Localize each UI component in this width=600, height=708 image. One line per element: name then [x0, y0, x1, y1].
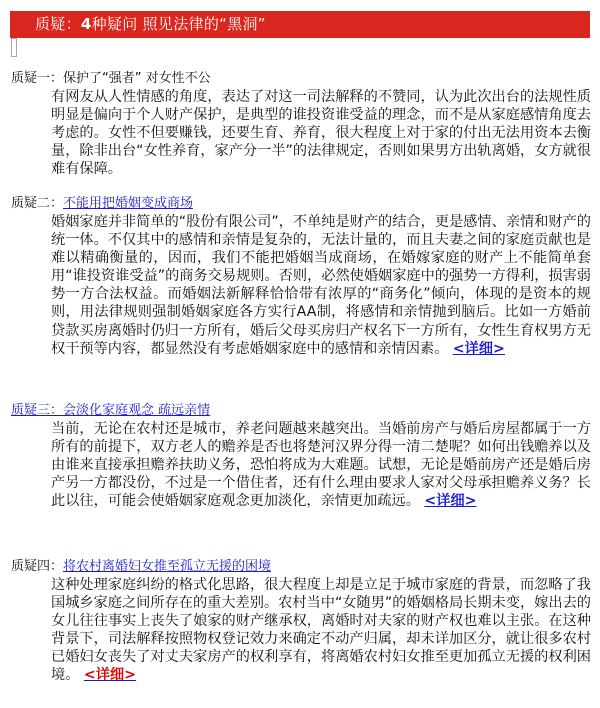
- section-body: 当前，无论在农村还是城市，养老问题越来越突出。当婚前房产与婚后房屋都属于一方所有…: [51, 420, 591, 510]
- section-title: 保护了“强者” 对女性不公: [63, 71, 211, 86]
- broken-image-icon: [11, 38, 17, 57]
- page-banner: 质疑：4种疑问 照见法律的“黑洞”: [10, 11, 590, 38]
- section-title: 会淡化家庭观念 疏远亲情: [63, 403, 210, 418]
- section-label: 质疑二：: [11, 196, 63, 211]
- details-link[interactable]: <详细>: [453, 341, 505, 357]
- banner-count: 4: [81, 15, 92, 33]
- section-heading: 质疑一：保护了“强者” 对女性不公: [11, 70, 591, 88]
- section-heading: 质疑二：不能用把婚姻变成商场: [11, 195, 591, 213]
- banner-prefix: 质疑：: [35, 15, 81, 33]
- section-label: 质疑三：: [11, 403, 63, 418]
- section-title-link[interactable]: 质疑三：会淡化家庭观念 疏远亲情: [11, 403, 210, 418]
- question-section-3: 质疑三：会淡化家庭观念 疏远亲情 当前，无论在农村还是城市，养老问题越来越突出。…: [11, 402, 591, 510]
- question-section-4: 质疑四：将农村离婚妇女推至孤立无援的困境 这种处理家庭纠纷的格式化思路，很大程度…: [11, 558, 591, 685]
- section-body: 有网友从人性情感的角度，表达了对这一司法解释的不赞同，认为此次出台的法规性质明显…: [51, 88, 591, 178]
- question-section-2: 质疑二：不能用把婚姻变成商场 婚姻家庭并非简单的“股份有限公司”，不单纯是财产的…: [11, 195, 591, 358]
- section-label: 质疑四：: [11, 559, 63, 574]
- section-body-text: 婚姻家庭并非简单的“股份有限公司”，不单纯是财产的结合，更是感情、亲情和财产的统…: [51, 214, 591, 357]
- section-label: 质疑一：: [11, 71, 63, 86]
- section-heading: 质疑四：将农村离婚妇女推至孤立无援的困境: [11, 558, 591, 576]
- section-title-link[interactable]: 不能用把婚姻变成商场: [63, 196, 193, 211]
- section-heading: 质疑三：会淡化家庭观念 疏远亲情: [11, 402, 591, 420]
- section-body-text: 当前，无论在农村还是城市，养老问题越来越突出。当婚前房产与婚后房屋都属于一方所有…: [51, 421, 591, 509]
- question-section-1: 质疑一：保护了“强者” 对女性不公 有网友从人性情感的角度，表达了对这一司法解释…: [11, 70, 591, 178]
- section-title-link[interactable]: 将农村离婚妇女推至孤立无援的困境: [63, 559, 271, 574]
- section-body: 婚姻家庭并非简单的“股份有限公司”，不单纯是财产的结合，更是感情、亲情和财产的统…: [51, 213, 591, 358]
- details-link[interactable]: <详细>: [424, 493, 476, 509]
- section-body-text: 有网友从人性情感的角度，表达了对这一司法解释的不赞同，认为此次出台的法规性质明显…: [51, 89, 591, 177]
- details-link[interactable]: <详细>: [84, 667, 136, 683]
- section-body: 这种处理家庭纠纷的格式化思路，很大程度上却是立足于城市家庭的背景，而忽略了我国城…: [51, 576, 591, 685]
- banner-title: 种疑问 照见法律的“黑洞”: [92, 15, 266, 33]
